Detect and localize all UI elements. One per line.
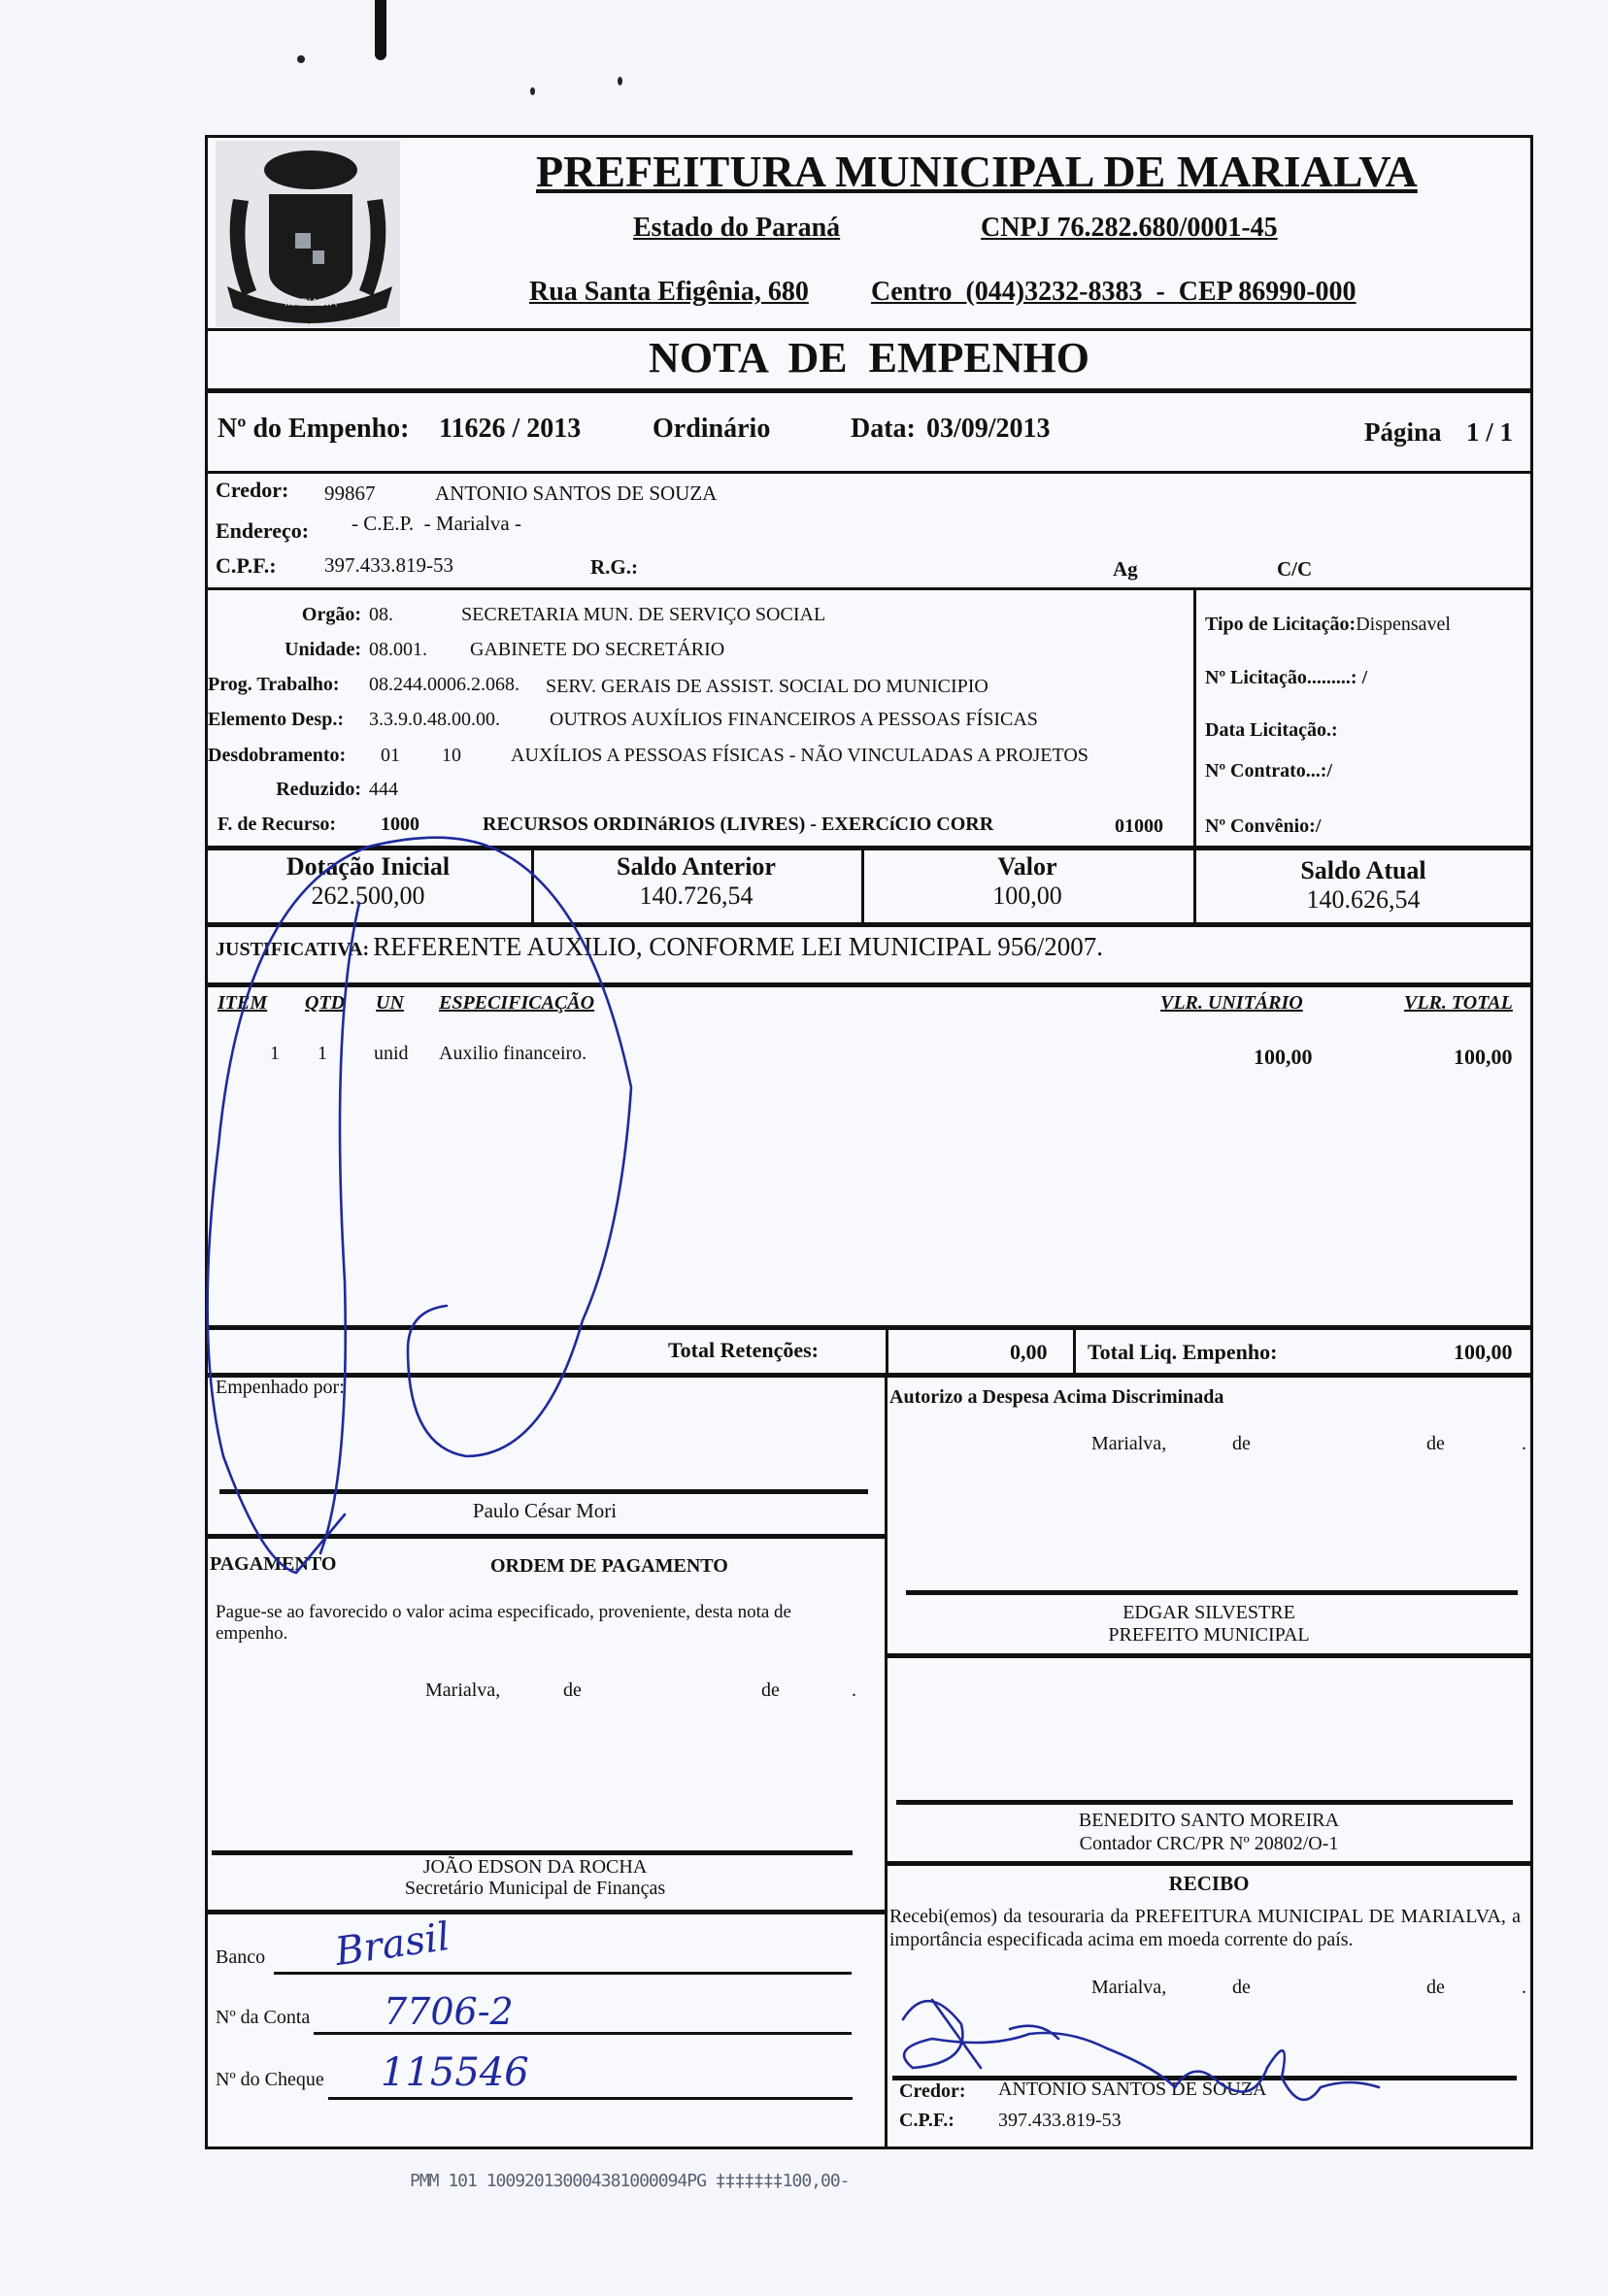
ink-loop-mark: [0, 0, 1608, 2296]
